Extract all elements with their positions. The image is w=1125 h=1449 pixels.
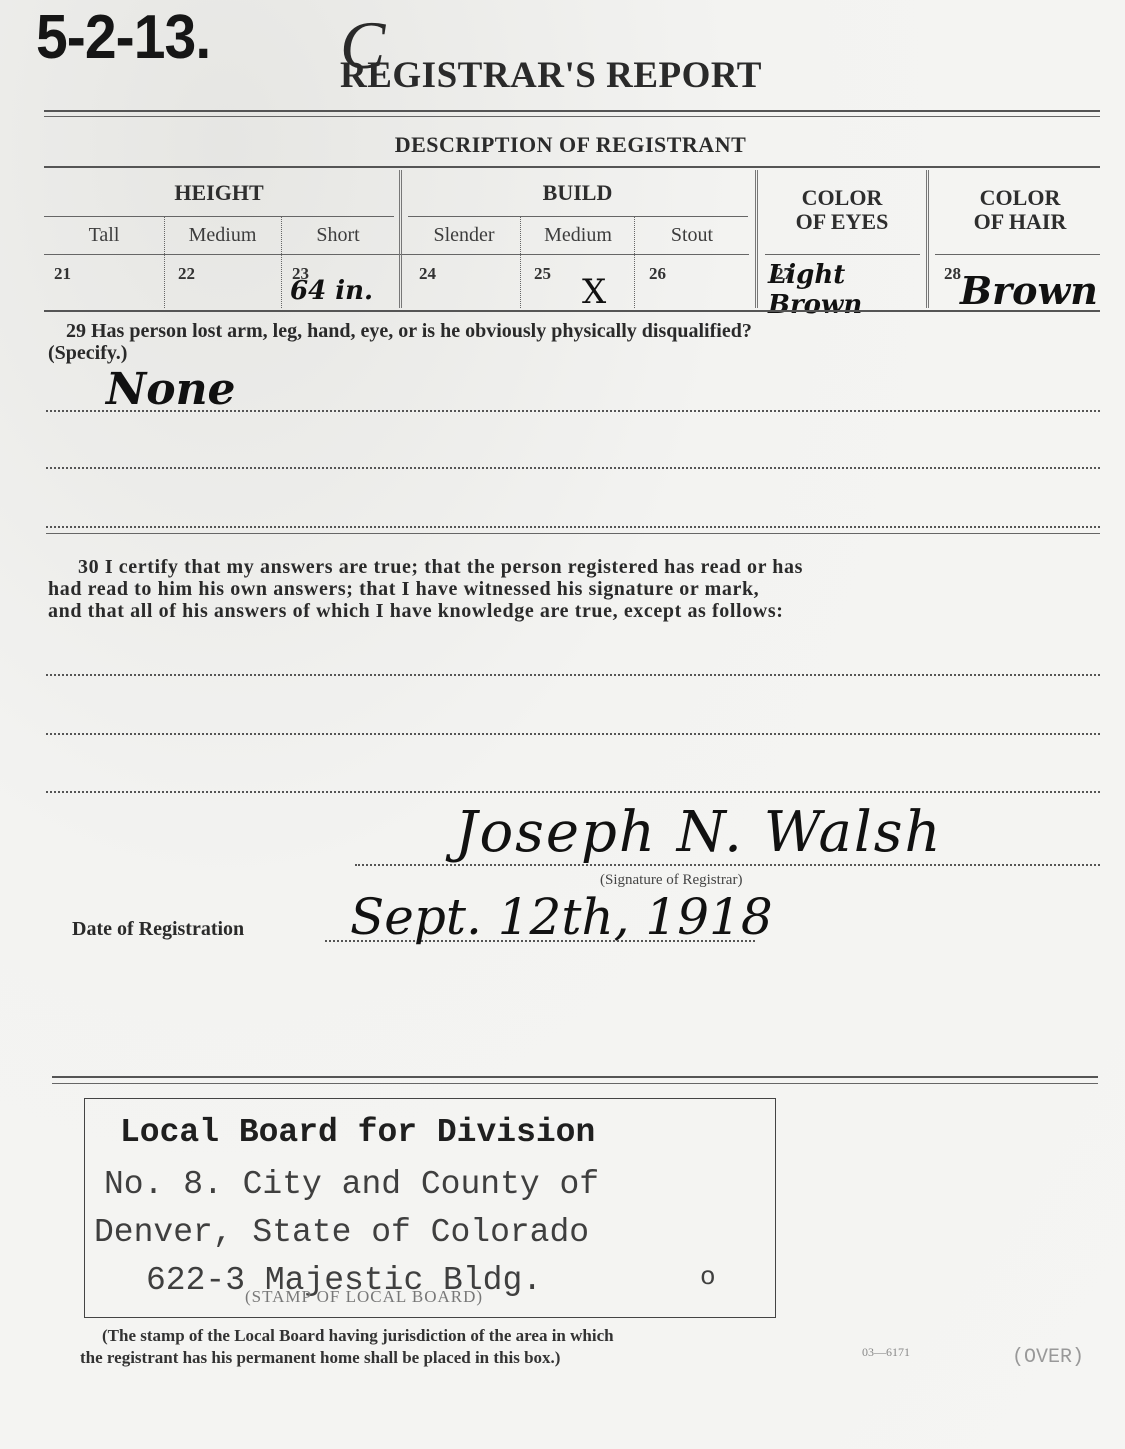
header-rule-top — [44, 110, 1100, 112]
stamp-mark: o — [700, 1262, 716, 1292]
divider — [281, 216, 282, 308]
stamp-section-rule — [52, 1076, 1098, 1078]
question-30-line2: had read to him his own answers; that I … — [48, 578, 759, 600]
question-29-answer: None — [106, 364, 236, 415]
sub-label-rule — [44, 254, 749, 255]
page-title: REGISTRAR'S REPORT — [340, 54, 762, 97]
build-group-heading: BUILD — [405, 180, 750, 206]
stamp-line-3: Denver, State of Colorado — [94, 1214, 589, 1251]
registration-date-label: Date of Registration — [72, 918, 244, 941]
col-label-slender: Slender — [408, 224, 520, 247]
build-medium-mark: X — [582, 272, 606, 312]
hair-group-heading: COLOROF HAIR — [935, 186, 1105, 234]
section-rule — [46, 533, 1100, 534]
answer-line — [46, 410, 1100, 412]
signature-caption: (Signature of Registrar) — [600, 872, 742, 889]
col-label-build-medium: Medium — [522, 224, 634, 247]
hair-rule — [935, 254, 1100, 255]
divider — [164, 216, 165, 308]
field-number-25: 25 — [534, 264, 551, 284]
col-label-height-medium: Medium — [165, 224, 280, 247]
divider — [634, 216, 635, 308]
question-29-text: Has person lost arm, leg, hand, eye, or … — [91, 320, 752, 342]
col-label-stout: Stout — [636, 224, 748, 247]
answer-line — [46, 526, 1100, 528]
stamp-instructions: (The stamp of the Local Board having jur… — [80, 1325, 614, 1369]
registration-card: 5-2-13. C REGISTRAR'S REPORT DESCRIPTION… — [0, 0, 1125, 1449]
exception-line — [46, 674, 1100, 676]
field-number-24: 24 — [419, 264, 436, 284]
eyes-group-heading: COLOROF EYES — [762, 186, 922, 234]
divider — [755, 170, 758, 308]
question-30: 30 I certify that my answers are true; t… — [48, 556, 1108, 622]
hair-color-value: Brown — [960, 268, 1098, 313]
registrar-signature: Joseph N. Walsh — [455, 800, 943, 865]
form-number: 03—6171 — [862, 1345, 910, 1360]
stamp-line-1: Local Board for Division — [120, 1114, 595, 1151]
stamp-line-2: No. 8. City and County of — [104, 1166, 599, 1203]
question-30-line1: I certify that my answers are true; that… — [105, 556, 803, 578]
serial-number: 5-2-13. — [36, 2, 210, 73]
height-short-value: 64 in. — [290, 276, 373, 306]
stamp-section-rule — [52, 1083, 1098, 1084]
field-number-28: 28 — [944, 264, 961, 284]
question-30-number: 30 — [48, 556, 99, 578]
col-label-tall: Tall — [44, 224, 164, 247]
exception-line — [46, 791, 1100, 793]
answer-line — [46, 467, 1100, 469]
header-rule-bottom — [44, 116, 1100, 117]
build-sub-rule — [408, 216, 748, 217]
stamp-instructions-line1: (The stamp of the Local Board having jur… — [80, 1326, 614, 1345]
stamp-caption: (STAMP OF LOCAL BOARD) — [245, 1287, 483, 1307]
col-label-short: Short — [282, 224, 394, 247]
field-number-22: 22 — [178, 264, 195, 284]
field-number-21: 21 — [54, 264, 71, 284]
divider — [399, 170, 402, 308]
section-title: DESCRIPTION OF REGISTRANT — [0, 132, 1125, 158]
registration-date-value: Sept. 12th, 1918 — [350, 888, 773, 946]
signature-line — [355, 864, 1100, 866]
question-29-number: 29 — [48, 320, 86, 342]
divider — [520, 216, 521, 308]
eyes-rule — [765, 254, 920, 255]
question-29: 29 Has person lost arm, leg, hand, eye, … — [48, 320, 1108, 364]
exception-line — [46, 733, 1100, 735]
field-number-26: 26 — [649, 264, 666, 284]
height-sub-rule — [44, 216, 394, 217]
table-top-rule — [44, 166, 1100, 168]
over-indicator: (OVER) — [1012, 1346, 1084, 1369]
stamp-instructions-line2: the registrant has his permanent home sh… — [80, 1348, 560, 1367]
question-30-line3: and that all of his answers of which I h… — [48, 600, 784, 622]
question-29-specify: (Specify.) — [48, 342, 127, 364]
table-bottom-rule — [44, 310, 1100, 312]
height-group-heading: HEIGHT — [44, 180, 394, 206]
